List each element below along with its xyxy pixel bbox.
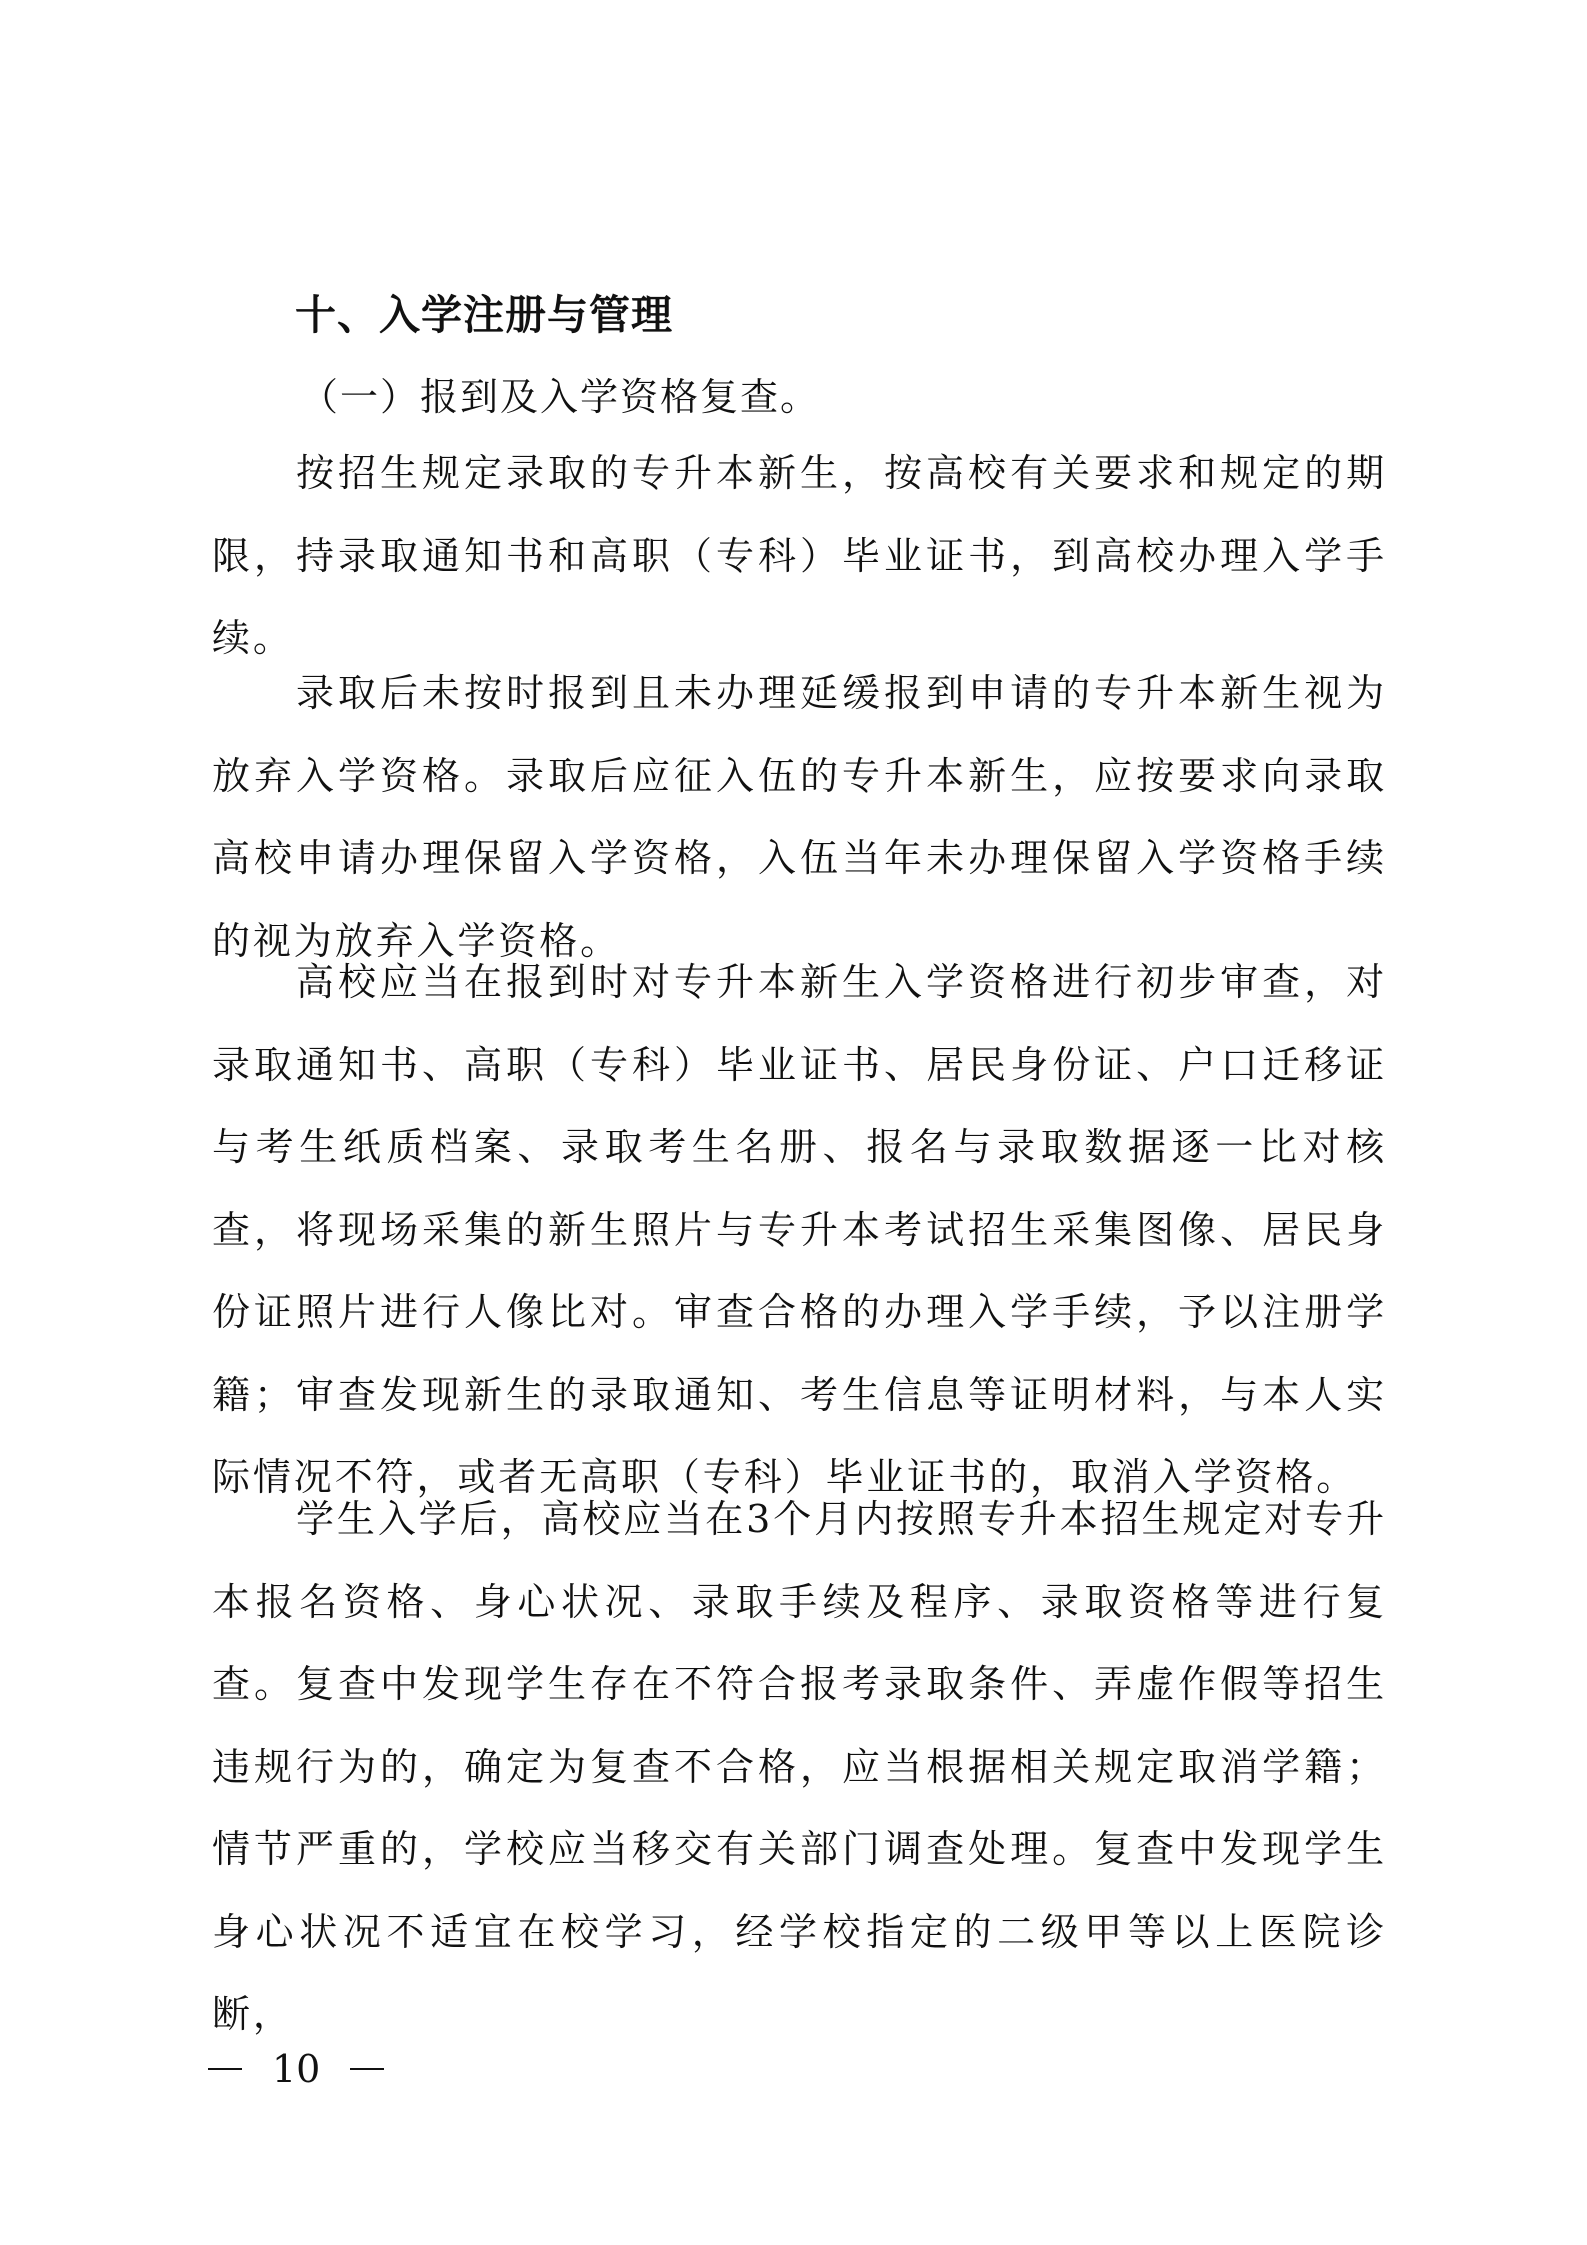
page-footer: 10 [208, 2044, 384, 2094]
subsection-heading: （一）报到及入学资格复查。 [300, 372, 820, 422]
page-number: 10 [272, 2044, 320, 2094]
footer-dash-left [208, 2068, 242, 2070]
paragraph-enrollment-procedure: 按招生规定录取的专升本新生，按高校有关要求和规定的期限，持录取通知书和高职（专科… [212, 432, 1387, 680]
paragraph-forfeit-admission: 录取后未按时报到且未办理延缓报到申请的专升本新生视为放弃入学资格。录取后应征入伍… [212, 652, 1387, 982]
document-page: 十、入学注册与管理 （一）报到及入学资格复查。 按招生规定录取的专升本新生，按高… [0, 0, 1587, 2245]
paragraph-re-examination: 学生入学后，高校应当在3个月内按照专升本招生规定对专升本报名资格、身心状况、录取… [212, 1478, 1387, 2056]
paragraph-initial-review: 高校应当在报到时对专升本新生入学资格进行初步审查，对录取通知书、高职（专科）毕业… [212, 941, 1387, 1519]
section-heading: 十、入学注册与管理 [295, 290, 673, 340]
footer-dash-right [350, 2068, 384, 2070]
